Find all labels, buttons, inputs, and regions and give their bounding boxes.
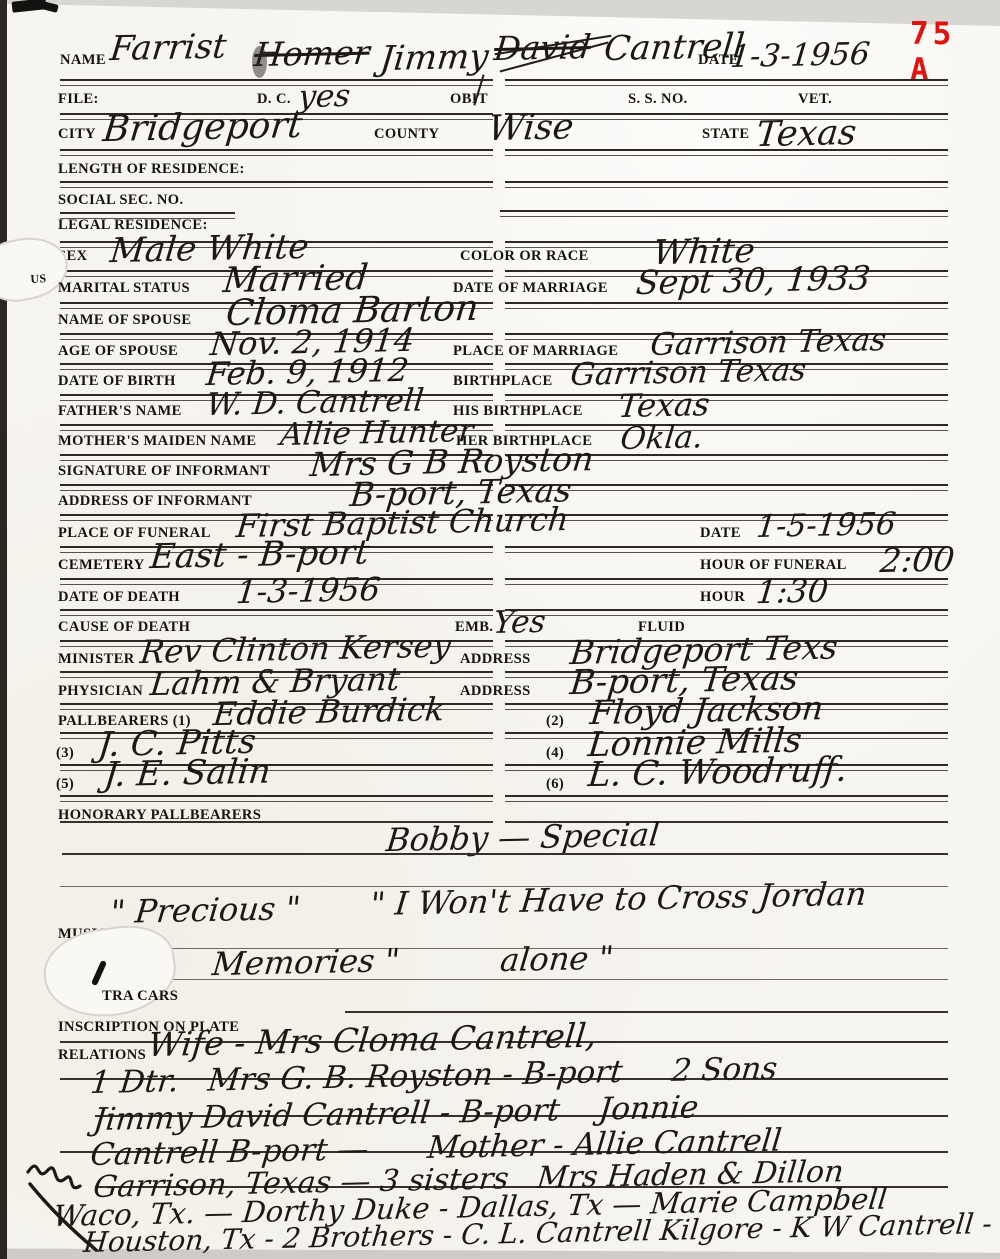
rule [60,149,493,156]
music-line1-title2: " I Won't Have to Cross Jordan [369,878,868,920]
name-middle: Jimmy [379,40,491,76]
file-label: FILE: [58,91,99,108]
vet-label: VET. [798,91,832,108]
cemetery-label: CEMETERY [58,557,145,574]
funeral-date-label: DATE [700,525,741,542]
rule [60,79,493,86]
emb-value: Yes [492,607,547,639]
father-label: FATHER'S NAME [58,403,182,420]
dc-value: yes [297,81,352,113]
rule [62,853,948,855]
extra-cars-label: TRA CARS [102,988,178,1005]
city-label: CITY [58,126,96,143]
state-value: Texas [754,116,857,153]
cemetery-value: East - B-port [149,535,371,574]
rule [505,578,948,585]
funeral-hour-value: 2:00 [879,542,956,577]
obit-label: OBIT [450,91,488,108]
rule [500,210,948,217]
city-value: Bridgeport [101,108,304,148]
rule [505,609,948,616]
rule [60,609,493,616]
county-value: Wise [486,110,575,147]
his-birthplace-value: Texas [617,388,712,422]
minister-label: MINISTER [58,651,135,668]
county-label: COUNTY [374,126,439,143]
rule [505,302,948,309]
physician-address-label: ADDRESS [460,683,531,700]
rule [505,79,948,86]
torn-label-fragment: US [30,271,47,287]
honorary-note: Bobby — Special [385,818,661,856]
music-line2-title2: alone " [499,942,615,976]
name-first: Farrist [109,30,228,67]
informant-label: SIGNATURE OF INFORMANT [58,463,270,480]
spouse-age-label: AGE OF SPOUSE [58,343,178,360]
scanned-funeral-record-card: 75 A NAME Farrist Homer Jimmy David Cant… [0,0,1000,1259]
date-value: 1-3-1956 [729,39,871,73]
race-label: COLOR OR RACE [460,248,589,265]
residence-label: LENGTH OF RESIDENCE: [58,161,245,178]
pallbearer-6: L. C. Woodruff. [587,753,849,793]
emb-label: EMB. [455,619,493,636]
rule [505,394,948,401]
pallbearer-5: J. E. Salin [103,755,273,793]
state-label: STATE [702,126,749,143]
rule [60,795,493,802]
death-hour-label: HOUR [700,589,745,606]
rule [60,181,493,188]
rule [505,795,948,802]
rule [505,181,948,188]
music-line2-title1: Memories " [211,944,401,980]
pallbearers-label-2: (2) [546,713,564,730]
rule [505,149,948,156]
death-hour-value: 1:30 [755,574,830,608]
pallbearers-label-4: (4) [546,745,564,762]
mother-label: MOTHER'S MAIDEN NAME [58,433,257,450]
scan-left-edge [0,0,7,1259]
pallbearers-label-5: (5) [56,776,74,793]
margin-scribble [14,1150,126,1256]
physician-label: PHYSICIAN [58,683,143,700]
rule [505,424,948,431]
name-label: NAME [60,52,106,69]
minister-address-label: ADDRESS [460,651,531,668]
relations-label: RELATIONS [58,1047,146,1064]
informant-address-label: ADDRESS OF INFORMANT [58,493,252,510]
funeral-date-value: 1-5-1956 [755,509,897,543]
name-struck-homer: Homer [253,36,372,71]
death-date-value: 1-3-1956 [235,573,382,608]
marriage-date-value: Sept 30, 1933 [635,261,872,299]
marital-label: MARITAL STATUS [58,280,190,297]
card-number: 75 A [910,16,1000,88]
rule [345,1011,948,1013]
pallbearers-label-3: (3) [56,745,74,762]
rule [62,979,948,980]
scan-top-edge [7,0,1000,26]
birth-date-label: DATE OF BIRTH [58,373,176,390]
ssn-label: SOCIAL SEC. NO. [58,192,183,209]
death-date-label: DATE OF DEATH [58,589,180,606]
relations-line-1: Wife - Mrs Cloma Cantrell, [147,1019,598,1061]
her-birthplace-value: Okla. [619,422,705,455]
spouse-label: NAME OF SPOUSE [58,312,191,329]
ink-smudge [252,46,267,78]
ssno-label: S. S. NO. [628,91,688,108]
music-line1-title1: " Precious " [109,892,302,928]
pallbearers-label-6: (6) [546,776,564,793]
birthplace-label: BIRTHPLACE [453,373,553,390]
